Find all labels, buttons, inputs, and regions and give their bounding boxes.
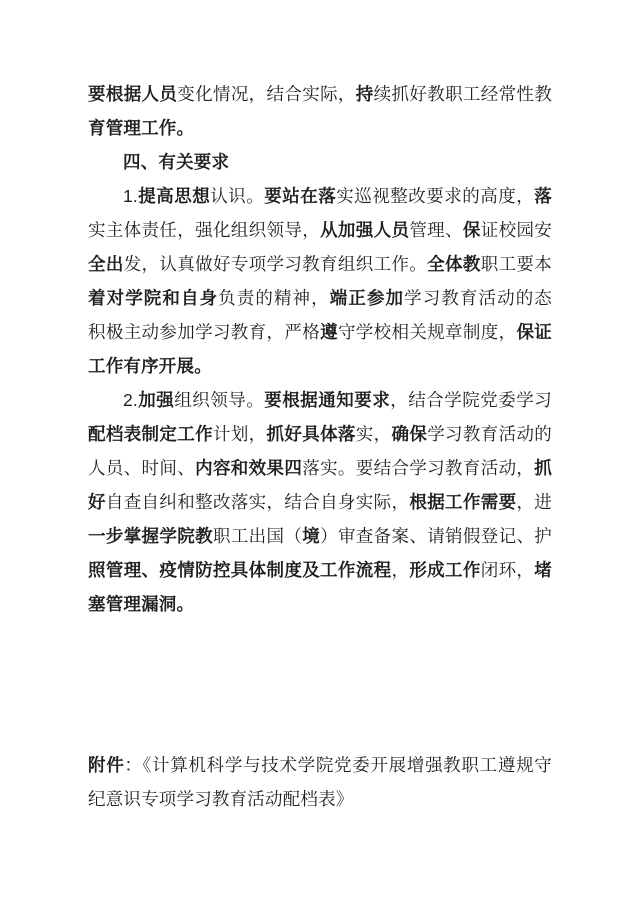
body-line-15: 照管理、疫情防控具体制度及工作流程，形成工作闭环，堵: [88, 553, 552, 587]
text-segment: ，进: [516, 492, 552, 512]
text-segment: ：《计算机科学与技术学院党委开展增强教职工遵规守: [124, 755, 552, 775]
bold-text-segment: 一步掌握学院教: [88, 526, 213, 546]
bold-text-segment: 全出: [88, 254, 124, 274]
body-line-5: 实主体责任，强化组织领导，从加强人员管理、保证校园安: [88, 213, 552, 247]
bold-text-segment: 塞管理漏洞。: [88, 594, 194, 614]
bold-text-segment: 抓好具体落: [267, 424, 356, 444]
text-segment: 计划，: [213, 424, 267, 444]
bold-text-segment: 堵: [534, 560, 552, 580]
text-segment: ，结合学院党委学习: [390, 390, 552, 410]
bold-text-segment: 配档表制定工作: [88, 424, 213, 444]
text-segment: 组织领导。: [174, 390, 264, 410]
bold-text-segment: 从加强人员: [320, 220, 409, 240]
bold-text-segment: 四、有关要求: [123, 152, 229, 172]
text-segment: 变化情况，结合实际，: [177, 84, 356, 104]
text-segment: 积极主动参加学习教育，严格: [88, 322, 320, 342]
body-line-12: 人员、时间、内容和效果四落实。要结合学习教育活动，抓: [88, 451, 552, 485]
text-segment: 发，认真做好专项学习教育组织工作。: [124, 254, 427, 274]
text-segment: 负责的精神，: [218, 288, 330, 308]
body-line-1: 要根据人员变化情况，结合实际，持续抓好教职工经常性教: [88, 77, 552, 111]
document-body: 要根据人员变化情况，结合实际，持续抓好教职工经常性教育管理工作。四、有关要求1.…: [88, 77, 552, 621]
attachment-line-1: 附件：《计算机科学与技术学院党委开展增强教职工遵规守: [88, 748, 552, 782]
bold-text-segment: 境: [302, 526, 320, 546]
bold-text-segment: 抓: [534, 458, 552, 478]
body-line-6: 全出发，认真做好专项学习教育组织工作。全体教职工要本: [88, 247, 552, 281]
bold-text-segment: 落: [534, 186, 552, 206]
bold-text-segment: 附件: [88, 755, 124, 775]
bold-text-segment: 好: [88, 492, 106, 512]
bold-text-segment: 端正参加: [330, 288, 404, 308]
bold-text-segment: 确保: [392, 424, 428, 444]
bold-text-segment: 形成工作: [409, 560, 480, 580]
text-segment: 实主体责任，强化组织领导，: [88, 220, 320, 240]
text-segment: 闭环，: [481, 560, 535, 580]
bold-text-segment: 全体教: [427, 254, 481, 274]
text-segment: 2.: [123, 390, 138, 410]
text-segment: 职工要本: [481, 254, 552, 274]
body-line-2: 育管理工作。: [88, 111, 552, 145]
bold-text-segment: 工作有序开展。: [88, 356, 212, 376]
body-line-9: 工作有序开展。: [88, 349, 552, 383]
bold-text-segment: 保: [463, 220, 481, 240]
body-line-3: 四、有关要求: [88, 145, 552, 179]
body-line-16: 塞管理漏洞。: [88, 587, 552, 621]
text-segment: 管理、: [409, 220, 463, 240]
bold-text-segment: 提高思想: [138, 186, 210, 206]
body-line-4: 1.提高思想认识。要站在落实巡视整改要求的高度，落: [88, 179, 552, 213]
body-line-8: 积极主动参加学习教育，严格遵守学校相关规章制度，保证: [88, 315, 552, 349]
text-segment: 落实。要结合学习教育活动，: [302, 458, 534, 478]
body-line-10: 2.加强组织领导。要根据通知要求，结合学院党委学习: [88, 383, 552, 417]
text-segment: 实巡视整改要求的高度，: [336, 186, 534, 206]
bold-text-segment: 加强: [138, 390, 174, 410]
text-segment: 职工出国（: [213, 526, 302, 546]
text-segment: ，: [391, 560, 409, 580]
bold-text-segment: 着对学院和自身: [88, 288, 218, 308]
bold-text-segment: 遵: [320, 322, 338, 342]
text-segment: 学习教育活动的: [427, 424, 552, 444]
text-segment: 1.: [123, 186, 138, 206]
text-segment: 人员、时间、: [88, 458, 195, 478]
bold-text-segment: 育管理工作。: [88, 118, 194, 138]
document-page: 要根据人员变化情况，结合实际，持续抓好教职工经常性教育管理工作。四、有关要求1.…: [0, 0, 639, 905]
text-segment: ）审查备案、请销假登记、护: [320, 526, 552, 546]
body-line-13: 好自查自纠和整改落实，结合自身实际，根据工作需要，进: [88, 485, 552, 519]
bold-text-segment: 根据工作需要: [409, 492, 516, 512]
body-line-14: 一步掌握学院教职工出国（境）审查备案、请销假登记、护: [88, 519, 552, 553]
text-segment: 纪意识专项学习教育活动配档表》: [88, 789, 354, 809]
bold-text-segment: 持: [356, 84, 374, 104]
text-segment: 实，: [356, 424, 392, 444]
body-line-7: 着对学院和自身负责的精神，端正参加学习教育活动的态度，: [88, 281, 552, 315]
body-line-11: 配档表制定工作计划，抓好具体落实，确保学习教育活动的: [88, 417, 552, 451]
text-segment: 认识。: [210, 186, 264, 206]
bold-text-segment: 保证: [516, 322, 552, 342]
bold-text-segment: 内容和效果四: [195, 458, 302, 478]
bold-text-segment: 要根据人员: [88, 84, 177, 104]
text-segment: 自查自纠和整改落实，结合自身实际，: [106, 492, 409, 512]
attachment-line-2: 纪意识专项学习教育活动配档表》: [88, 782, 552, 816]
text-segment: 守学校相关规章制度，: [338, 322, 517, 342]
bold-text-segment: 要根据通知要求: [264, 390, 390, 410]
attachment-note: 附件：《计算机科学与技术学院党委开展增强教职工遵规守纪意识专项学习教育活动配档表…: [88, 748, 552, 816]
text-segment: 续抓好教职工经常性教: [374, 84, 552, 104]
text-segment: 证校园安: [481, 220, 552, 240]
bold-text-segment: 照管理、疫情防控具体制度及工作流程: [88, 560, 391, 580]
bold-text-segment: 要站在落: [264, 186, 336, 206]
